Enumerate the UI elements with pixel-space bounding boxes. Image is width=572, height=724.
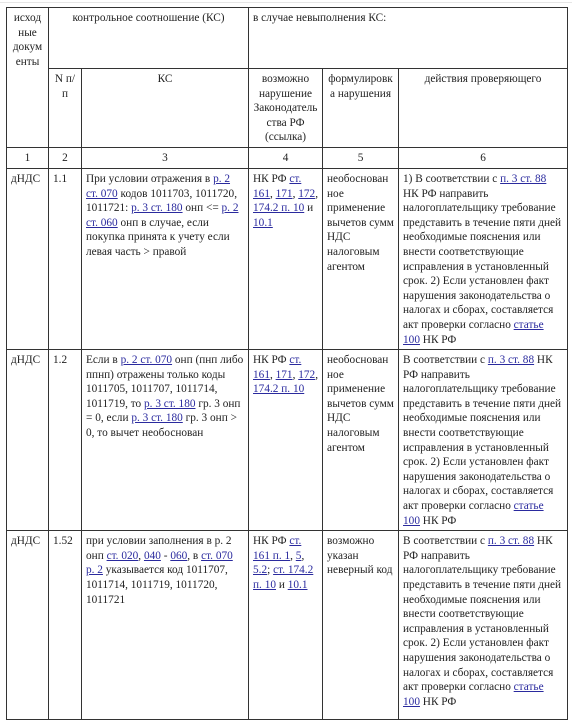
law-reference-link[interactable]: 171	[276, 188, 293, 200]
law-reference-link[interactable]: 5	[296, 550, 302, 562]
cell-formulation: возможно указан неверный код	[323, 531, 399, 720]
law-reference-link[interactable]: 174.2 п. 10	[253, 202, 304, 214]
cell-num: 1.2	[49, 350, 82, 531]
law-reference-link[interactable]: 174.2 п. 10	[253, 383, 304, 395]
law-reference-link[interactable]: ст. 161 п. 1	[253, 535, 301, 562]
law-reference-link[interactable]: статье 100	[403, 319, 544, 346]
law-reference-link[interactable]: 171	[276, 369, 293, 381]
law-reference-link[interactable]: 10.1	[288, 579, 308, 591]
header-group-ks: контрольное соотношение (КС)	[49, 8, 249, 69]
law-reference-link[interactable]: р. 3 ст. 180	[144, 398, 195, 410]
table-row: дНДС 1.52 при условии заполнения в р. 2 …	[7, 531, 568, 720]
cell-ks: При условии отражения в р. 2 ст. 070 код…	[82, 168, 249, 349]
cell-violation: НК РФ ст. 161, 171, 172, 174.2 п. 10	[249, 350, 323, 531]
cell-actions: 1) В соответствии с п. 3 ст. 88 НК РФ на…	[399, 168, 568, 349]
law-reference-link[interactable]: п. 3 ст. 88	[488, 354, 534, 366]
page-top-divider	[0, 2, 572, 3]
header-row-2: N п/п КС возможно нарушение Законодатель…	[7, 69, 568, 148]
column-number: 4	[249, 147, 323, 168]
law-reference-link[interactable]: 10.1	[253, 217, 273, 229]
law-reference-link[interactable]: р. 3 ст. 180	[131, 412, 182, 424]
header-formulation: формулировка нарушения	[323, 69, 399, 148]
column-numbers-row: 1 2 3 4 5 6	[7, 147, 568, 168]
law-reference-link[interactable]: 060	[170, 550, 187, 562]
header-ks: КС	[82, 69, 249, 148]
law-reference-link[interactable]: 040	[144, 550, 161, 562]
law-reference-link[interactable]: статье 100	[403, 681, 544, 708]
header-row-1: исходные документы контрольное соотношен…	[7, 8, 568, 69]
cell-num: 1.1	[49, 168, 82, 349]
law-reference-link[interactable]: ст. 020	[107, 550, 139, 562]
law-reference-link[interactable]: 172	[298, 369, 315, 381]
cell-doc: дНДС	[7, 531, 49, 720]
law-reference-link[interactable]: п. 3 ст. 88	[488, 535, 534, 547]
header-group-failure: в случае невыполнения КС:	[249, 8, 568, 69]
table-row: дНДС 1.1 При условии отражения в р. 2 ст…	[7, 168, 568, 349]
cell-doc: дНДС	[7, 168, 49, 349]
cell-doc: дНДС	[7, 350, 49, 531]
cell-violation: НК РФ ст. 161, 171, 172, 174.2 п. 10 и 1…	[249, 168, 323, 349]
header-actions: действия проверяющего	[399, 69, 568, 148]
column-number: 1	[7, 147, 49, 168]
law-reference-link[interactable]: п. 3 ст. 88	[500, 173, 546, 185]
header-source-docs: исходные документы	[7, 8, 49, 148]
cell-num: 1.52	[49, 531, 82, 720]
law-reference-link[interactable]: 172	[298, 188, 315, 200]
cell-formulation: необоснованное применение вычетов сумм Н…	[323, 168, 399, 349]
table-row: дНДС 1.2 Если в р. 2 ст. 070 онп (пнп ли…	[7, 350, 568, 531]
cell-violation: НК РФ ст. 161 п. 1, 5, 5.2; ст. 174.2 п.…	[249, 531, 323, 720]
cell-ks: Если в р. 2 ст. 070 онп (пнп либо ппнп) …	[82, 350, 249, 531]
law-reference-link[interactable]: р. 2 ст. 070	[86, 173, 230, 200]
law-reference-link[interactable]: статье 100	[403, 500, 544, 527]
cell-actions: В соответствии с п. 3 ст. 88 НК РФ напра…	[399, 350, 568, 531]
header-num: N п/п	[49, 69, 82, 148]
column-number: 5	[323, 147, 399, 168]
cell-formulation: необоснованное применение вычетов сумм Н…	[323, 350, 399, 531]
law-reference-link[interactable]: р. 2 ст. 070	[121, 354, 172, 366]
column-number: 3	[82, 147, 249, 168]
cell-ks: при условии заполнения в р. 2 онп ст. 02…	[82, 531, 249, 720]
control-ratios-table: исходные документы контрольное соотношен…	[6, 7, 568, 720]
law-reference-link[interactable]: 5.2	[253, 564, 267, 576]
column-number: 2	[49, 147, 82, 168]
cell-actions: В соответствии с п. 3 ст. 88 НК РФ напра…	[399, 531, 568, 720]
law-reference-link[interactable]: р. 3 ст. 180	[131, 202, 182, 214]
column-number: 6	[399, 147, 568, 168]
header-violation: возможно нарушение Законодательства РФ (…	[249, 69, 323, 148]
